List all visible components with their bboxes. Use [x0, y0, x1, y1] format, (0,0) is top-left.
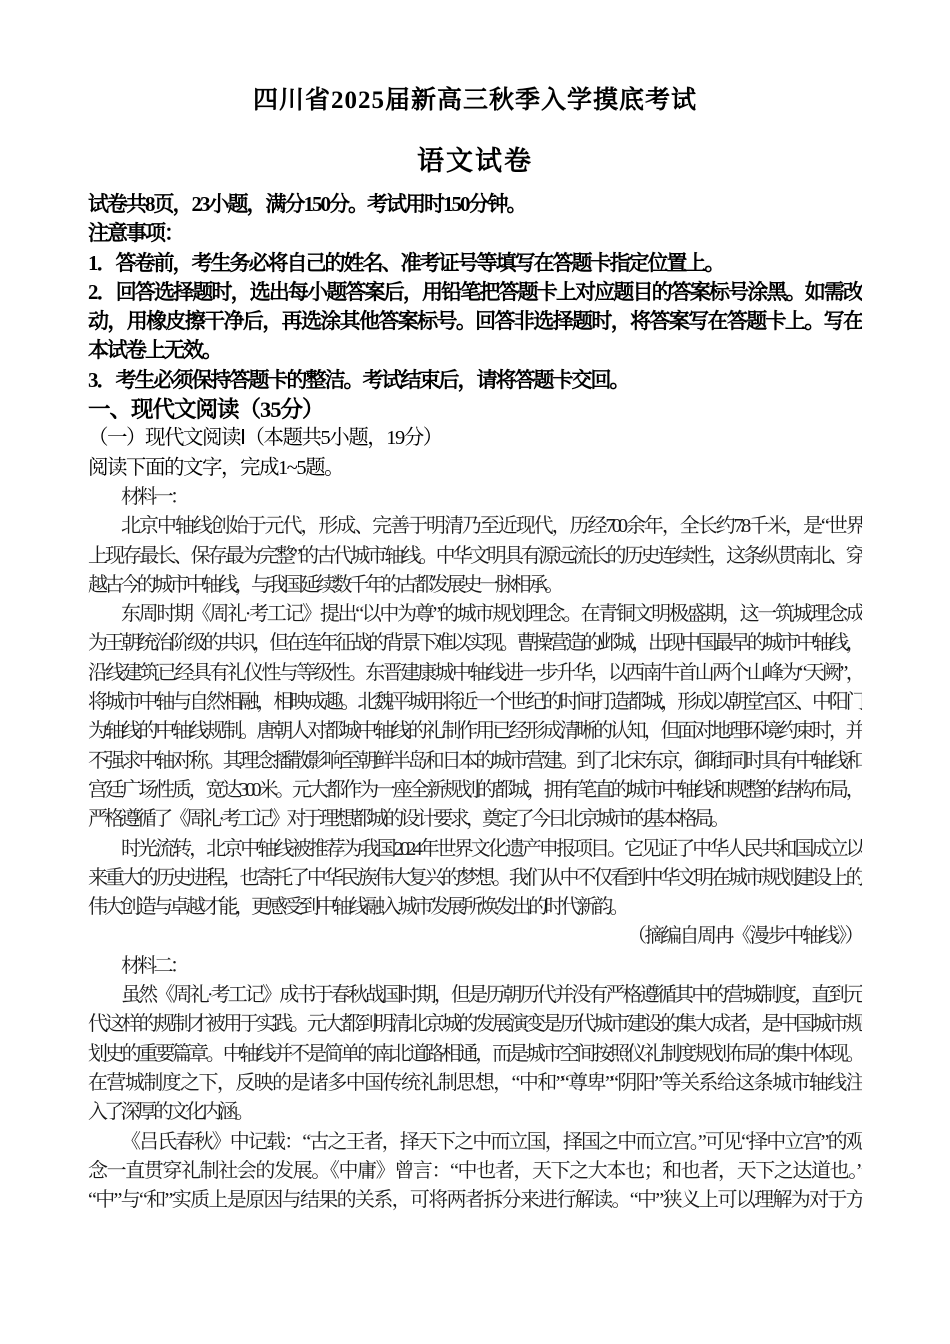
material-1-para-1: 上现存最长、保存最为完整”的古代城市轴线。中华文明具有源远流长的历史连续性，这条… [88, 542, 862, 571]
notice-item-2: 2．回答选择题时，选出每小题答案后，用铅笔把答题卡上对应题目的答案标号涂黑。如需… [88, 278, 862, 307]
material-2-para-1: 在营城制度之下，反映的是诸多中国传统礼制思想，“中和”“尊卑”“阴阳”等关系给这… [88, 1069, 862, 1098]
exam-paper-page: 四川省2025届新高三秋季入学摸底考试 语文试卷 试卷共8页，23小题，满分15… [0, 0, 950, 1344]
notice-item-2: 动，用橡皮擦干净后，再选涂其他答案标号。回答非选择题时，将答案写在答题卡上。写在 [88, 307, 862, 336]
material-2-label: 材料二： [88, 952, 862, 981]
exam-info-line: 试卷共8页，23小题，满分150分。考试用时150分钟。 [88, 190, 862, 219]
material-1-para-1: 北京中轴线创始于元代，形成、完善于明清乃至近现代，历经700余年，全长约7.8千… [88, 512, 862, 541]
notice-item-3: 3．考生必须保持答题卡的整洁。考试结束后，请将答题卡交回。 [88, 366, 862, 395]
material-1-para-2: 不强求中轴对称。其理念播散影响至朝鲜半岛和日本的城市营建。到了北宋东京，御街同时… [88, 747, 862, 776]
material-2-para-1: 代这样的规制才被用于实践。元大都到明清北京城的发展演变是历代城市建设的集大成者，… [88, 1010, 862, 1039]
material-2-para-2: 《吕氏春秋》中记载：“古之王者，择天下之中而立国，择国之中而立宫。”可见“择中立… [88, 1128, 862, 1157]
section-1-heading: 一、现代文阅读（35分） [88, 395, 862, 424]
material-1-para-2: 严格遵循了《周礼·考工记》对于理想都城的设计要求，奠定了今日北京城市的基本格局。 [88, 805, 862, 834]
material-1-para-2: 为轴线的中轴线规制。唐朝人对都城中轴线的礼制作用已经形成清晰的认知，但面对地理环… [88, 717, 862, 746]
material-2-para-1: 虽然《周礼·考工记》成书于春秋战国时期，但是历朝历代并没有严格遵循其中的营城制度… [88, 981, 862, 1010]
paper-body: 试卷共8页，23小题，满分150分。考试用时150分钟。注意事项：1．答卷前，考… [88, 190, 862, 1215]
material-1-para-2: 沿线建筑已经具有礼仪性与等级性。东晋建康城中轴线进一步升华，以西南牛首山两个山峰… [88, 659, 862, 688]
material-2-para-2: “中”与“和”实质上是原因与结果的关系，可将两者拆分来进行解读。“中”狭义上可以… [88, 1186, 862, 1215]
paper-subtitle: 语文试卷 [0, 139, 950, 178]
material-1-para-3: 来重大的历史进程，也寄托了中华民族伟大复兴的梦想。我们从中不仅看到中华文明在城市… [88, 864, 862, 893]
notice-item-1: 1．答卷前，考生务必将自己的姓名、准考证号等填写在答题卡指定位置上。 [88, 249, 862, 278]
material-1-para-3: 伟大创造与卓越才能，更感受到中轴线融入城市发展所焕发出的时代新韵。 [88, 893, 862, 922]
material-1-para-2: 宫廷广场性质，宽达300米。元大都作为一座全新规划的都城，拥有笔直的城市中轴线和… [88, 776, 862, 805]
material-2-para-1: 入了深厚的文化内涵。 [88, 1098, 862, 1127]
material-1-para-3: 时光流转，北京中轴线被推荐为我国2024年世界文化遗产申报项目。它见证了中华人民… [88, 835, 862, 864]
material-1-label: 材料一： [88, 483, 862, 512]
material-1-para-2: 将城市中轴与自然相融，相映成趣。北魏平城用将近一个世纪的时间打造都城，形成以朝堂… [88, 688, 862, 717]
subsection-1-heading: （一）现代文阅读Ⅰ（本题共5小题，19分） [88, 424, 862, 453]
material-1-para-2: 为王朝统治阶级的共识，但在连年征战的背景下难以实现。曹操营造的邺城，出现中国最早… [88, 629, 862, 658]
notice-heading: 注意事项： [88, 219, 862, 248]
notice-item-2: 本试卷上无效。 [88, 336, 862, 365]
material-1-para-2: 东周时期《周礼·考工记》提出“以中为尊”的城市规划理念。在青铜文明极盛期，这一筑… [88, 600, 862, 629]
material-2-para-1: 划史的重要篇章。中轴线并不是简单的南北道路相通，而是城市空间按照仪礼制度规划布局… [88, 1040, 862, 1069]
material-1-para-1: 越古今的城市中轴线，与我国延续数千年的古都发展史一脉相承。 [88, 571, 862, 600]
reading-instruction: 阅读下面的文字，完成1~5题。 [88, 454, 862, 483]
material-2-para-2: 念一直贯穿礼制社会的发展。《中庸》曾言：“中也者，天下之大本也；和也者，天下之达… [88, 1157, 862, 1186]
exam-title: 四川省2025届新高三秋季入学摸底考试 [0, 80, 950, 116]
material-1-source: （摘编自周冉《漫步中轴线》） [88, 922, 862, 951]
